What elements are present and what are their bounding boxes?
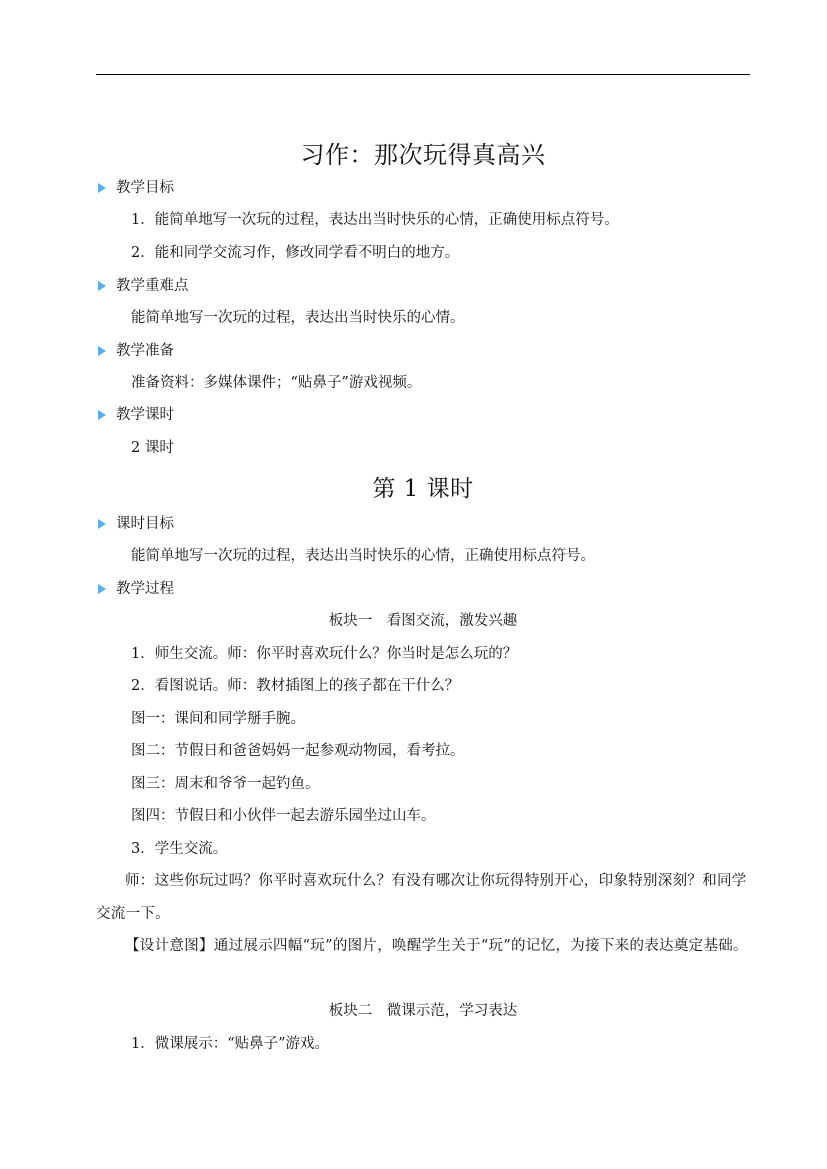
heading-label: 课时目标 [116, 514, 174, 534]
heading-label: 教学准备 [116, 341, 174, 361]
goal-line-1: 1．能简单地写一次玩的过程，表达出当时快乐的心情，正确使用标点符号。 [131, 210, 619, 230]
section-heading-difficulties: 教学重难点 [96, 276, 189, 296]
triangle-bullet-icon [98, 183, 106, 193]
section-heading-preparation: 教学准备 [96, 341, 174, 361]
periods-line: 2 课时 [131, 438, 174, 458]
block-1-line: 图三：周末和爷爷一起钓鱼。 [131, 774, 320, 794]
lesson-goal-line: 能简单地写一次玩的过程，表达出当时快乐的心情，正确使用标点符号。 [131, 546, 595, 566]
triangle-bullet-icon [98, 346, 106, 356]
block-1-line: 1．师生交流。师：你平时喜欢玩什么？你当时是怎么玩的？ [131, 644, 517, 664]
triangle-bullet-icon [98, 584, 106, 594]
goal-line-2: 2．能和同学交流习作，修改同学看不明白的地方。 [131, 243, 459, 263]
block-1-paragraph: 师：这些你玩过吗？你平时喜欢玩什么？有没有哪次让你玩得特别开心，印象特别深刻？和… [96, 865, 750, 930]
heading-label: 教学目标 [116, 178, 174, 198]
block-2-line: 1．微课展示：“贴鼻子”游戏。 [131, 1034, 329, 1054]
block-1-line: 图四：节假日和小伙伴一起去游乐园坐过山车。 [131, 806, 436, 826]
block-1-line: 2．看图说话。师：教材插图上的孩子都在干什么？ [131, 676, 459, 696]
heading-label: 教学过程 [116, 579, 174, 599]
section-heading-goals: 教学目标 [96, 178, 174, 198]
block-1-line: 图二：节假日和爸爸妈妈一起参观动物园，看考拉。 [131, 741, 465, 761]
block-1-line: 3．学生交流。 [131, 839, 227, 859]
block-1-line: 图一：课间和同学掰手腕。 [131, 709, 305, 729]
section-heading-process: 教学过程 [96, 579, 174, 599]
difficulty-line: 能简单地写一次玩的过程，表达出当时快乐的心情。 [131, 308, 465, 328]
lesson-1-title: 第 1 课时 [96, 470, 750, 503]
header-rule [96, 74, 750, 75]
heading-label: 教学课时 [116, 405, 174, 425]
section-heading-periods: 教学课时 [96, 405, 174, 425]
heading-label: 教学重难点 [116, 276, 189, 296]
design-intent-paragraph: 【设计意图】通过展示四幅“玩”的图片，唤醒学生关于“玩”的记忆，为接下来的表达奠… [96, 930, 750, 963]
block-2-title: 板块二 微课示范，学习表达 [96, 1001, 750, 1021]
triangle-bullet-icon [98, 410, 106, 420]
section-heading-lesson-goal: 课时目标 [96, 514, 174, 534]
triangle-bullet-icon [98, 281, 106, 291]
document-title: 习作：那次玩得真高兴 [96, 135, 750, 170]
triangle-bullet-icon [98, 519, 106, 529]
block-1-title: 板块一 看图交流，激发兴趣 [96, 611, 750, 631]
preparation-line: 准备资料：多媒体课件；“贴鼻子”游戏视频。 [131, 373, 421, 393]
